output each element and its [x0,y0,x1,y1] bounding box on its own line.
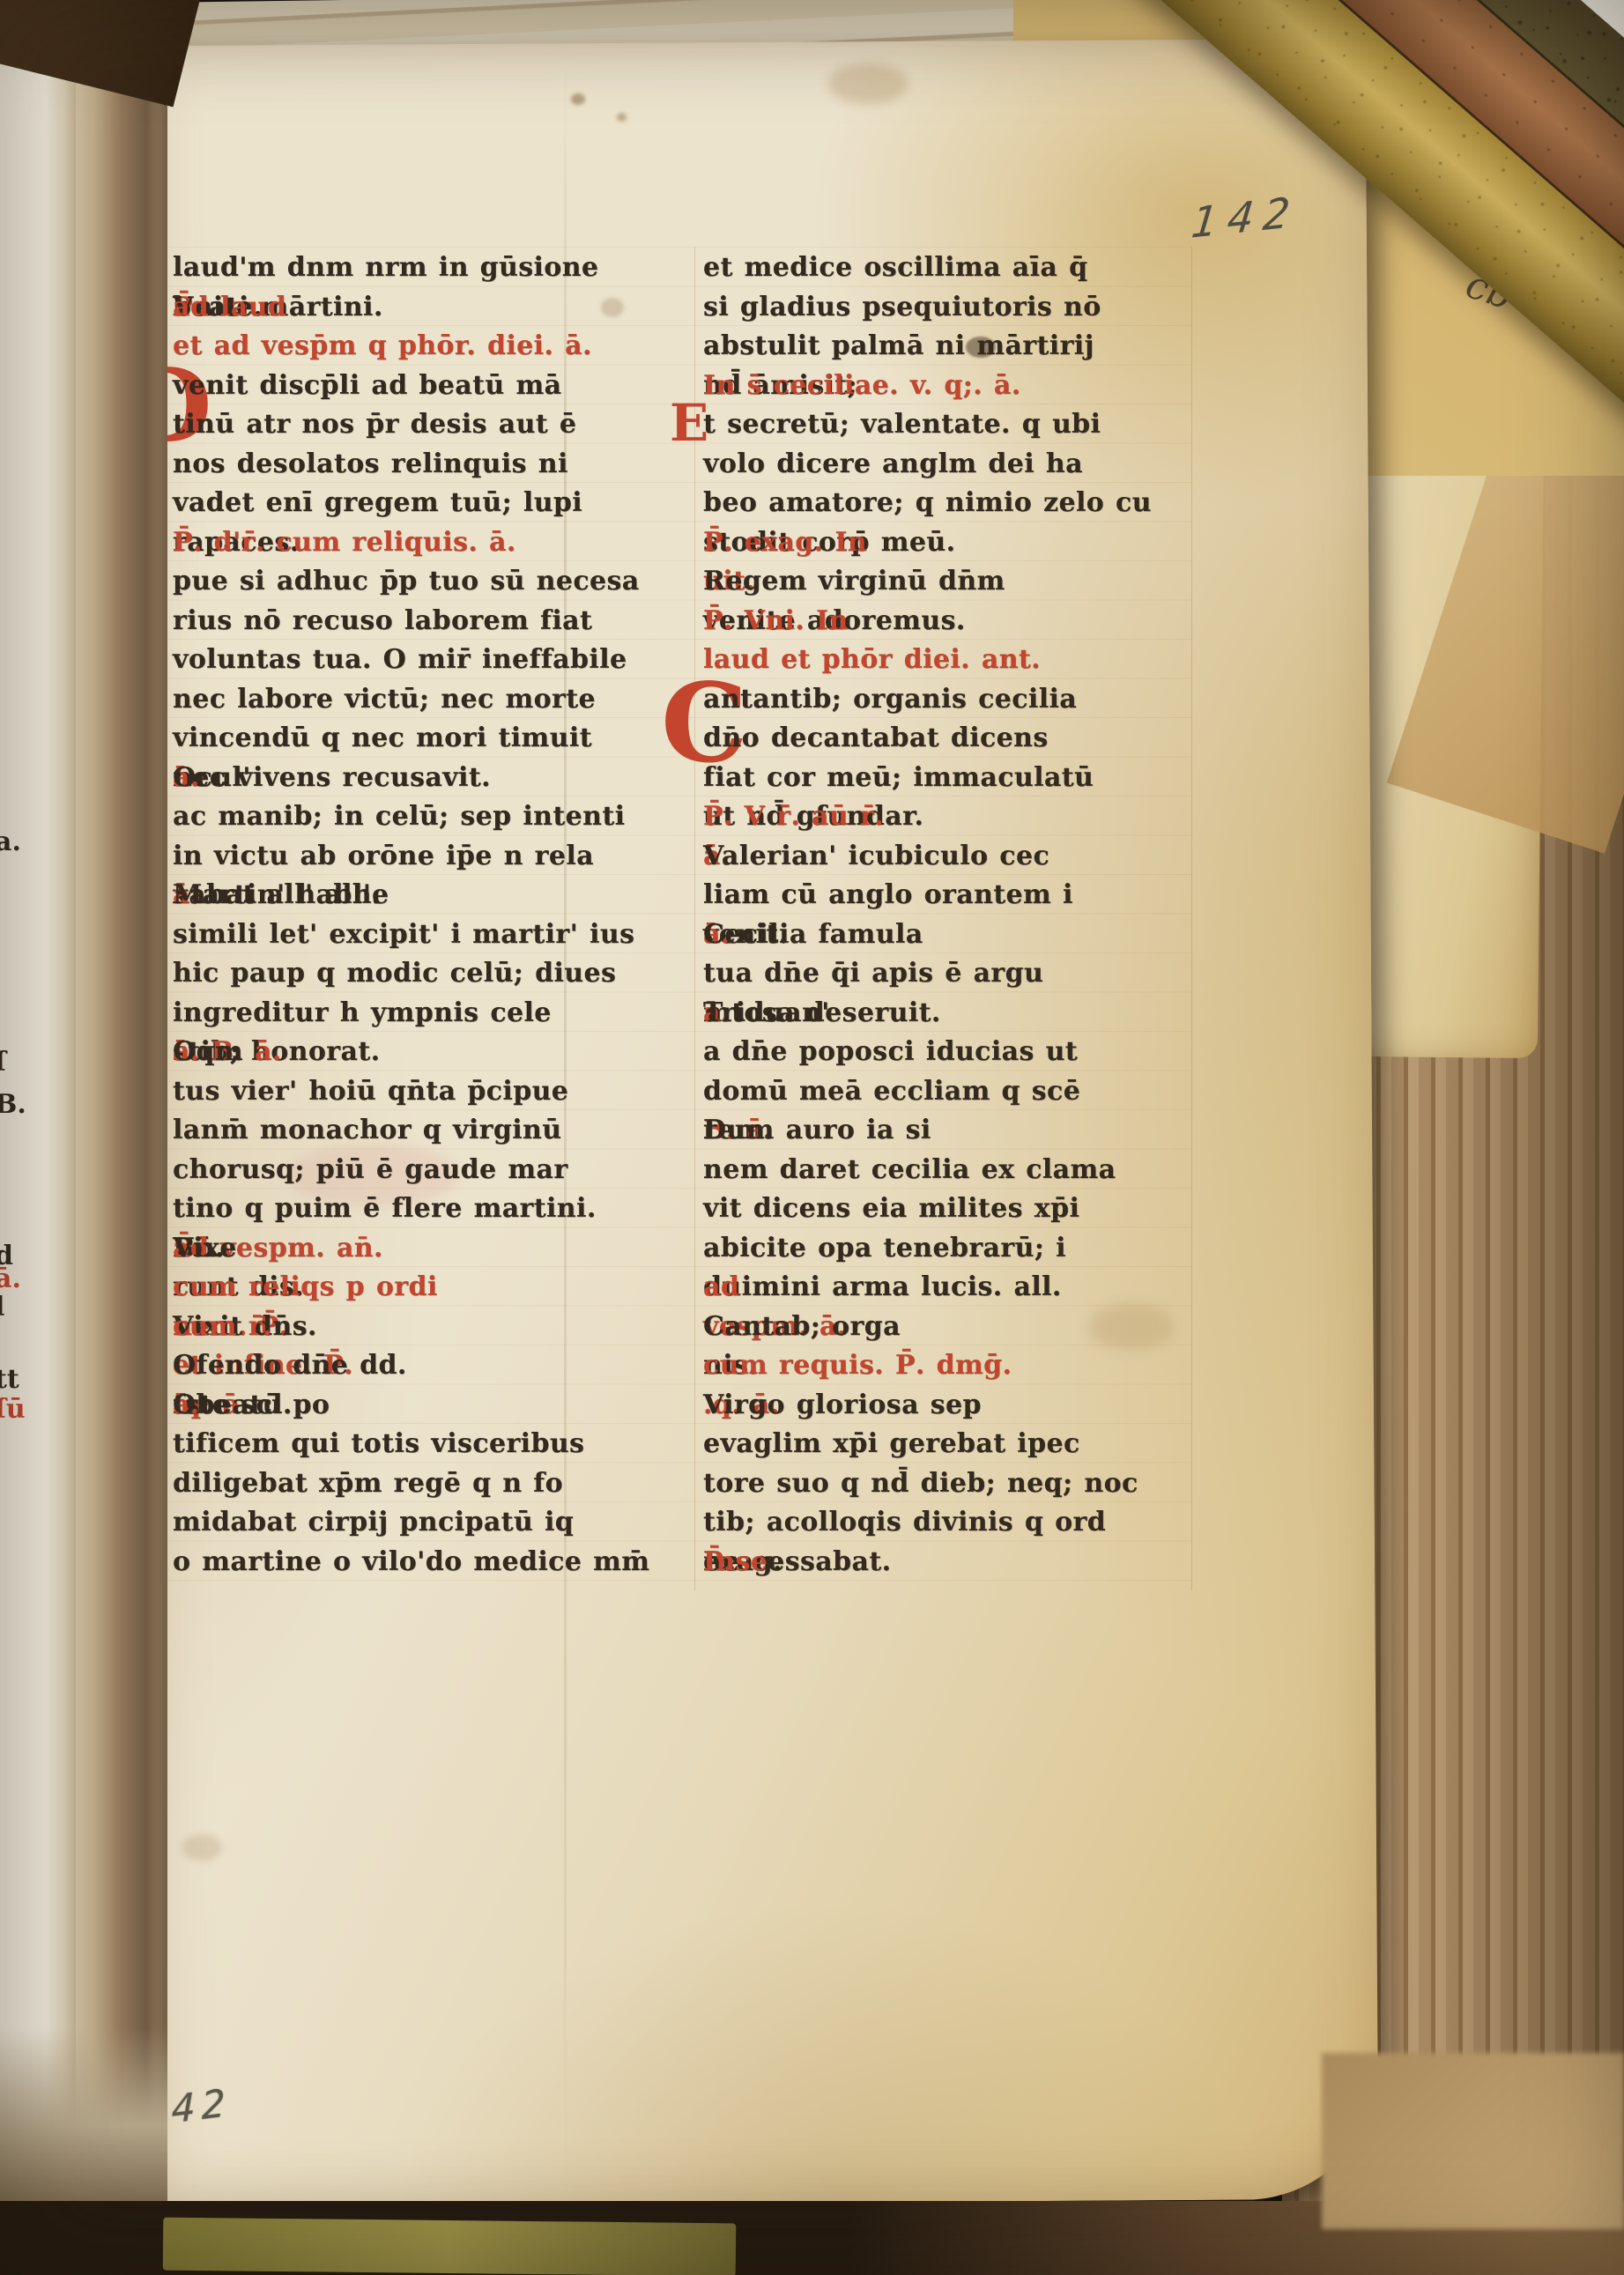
manuscript-line: tinū atr nos p̄r desis aut ē [173,405,693,445]
manuscript-line: venit. ā. Cecilia famula [703,915,1193,955]
manuscript-line: abicite opa tenebrarū; i [703,1229,1193,1269]
text-column-left: laud'm dnm nrm in gūsionebeati mārtini. … [173,248,693,1582]
body-text: Vixe [173,1229,237,1269]
body-text: tinū atr nos p̄r desis aut ē [173,405,576,445]
body-text: duimini arma lucis. all. [703,1268,1062,1308]
rubric-text: laud et phōr diei. ant. [703,641,1041,680]
margin-text-fragment: ſū [0,1394,26,1425]
rubric-text: ad [703,1268,739,1308]
manuscript-line: o martine o vilo'do medice mm̄ [173,1543,693,1582]
manuscript-line: lanm̄ monachor q virginū [173,1111,693,1151]
text-column-right: et medice oscillima aīa q̄si gladius pse… [703,248,1193,1582]
manuscript-line: fiat cor meū; immaculatū [703,759,1193,798]
manuscript-line: domū meā eccliam q scē [703,1072,1193,1112]
body-text: laud'm dnm nrm in gūsione [173,248,598,288]
manuscript-line: in victu ab orōne ip̄e n rela [173,837,693,877]
body-text: tus vier' hoiū qn̄ta p̄cipue [173,1072,568,1112]
body-text: nem daret cecilia ex clama [703,1151,1116,1190]
body-text: venit discp̄li ad beatū mā [173,367,561,406]
manuscript-line: voluntas tua. O mir̄ ineffabile [173,641,693,680]
manuscript-line: nem. P̄. Vixit dn̄s. cum r̄. [173,1308,693,1347]
rubric-text: et ad vesp̄m q phōr. diei. ā. [173,327,592,367]
manuscript-line: tua dn̄e q̄i apis ē argu [703,954,1193,994]
body-text: evaglim xp̄i gerebat ipec [703,1425,1080,1464]
margin-text-fragment: tt [0,1364,19,1395]
manuscript-line: pue si adhuc p̄p tuo sū necesa [173,562,693,602]
manuscript-line: nd̄ āmisit; In s̄ ceciliae. v. q;. ā. [703,367,1193,406]
manuscript-line: ut nd̄ gfundar. P̄. V r̄. aū r̄. [703,797,1193,837]
body-text: dn̄o decantabat dicens [703,719,1049,759]
manuscript-line: .q. ā. Virgo gloriosa sep [703,1386,1193,1426]
manuscript-line: duimini arma lucis. all. ad [703,1268,1193,1308]
manuscript-line: venite adoremus. P̄. Vni. In [703,602,1193,641]
facing-page-sliver: a.ſB.dā.lttſū [0,0,76,2275]
body-text: Cecilia famula [703,915,923,955]
manuscript-line: diligebat xp̄m regē q n fo [173,1464,693,1504]
under-book-edge [163,2218,737,2275]
manuscript-line: Cantantib; organis cecilia [703,680,1193,720]
body-text: Triduan' [703,994,830,1034]
body-text: chorusq; piū ē gaude mar [173,1151,568,1190]
manuscript-line: tus vier' hoiū qn̄ta p̄cipue [173,1072,693,1112]
manuscript-line: et infine. P̄. Ofendo dn̄e dd. [173,1346,693,1386]
body-text: midabat cirpij pncipatū iq [173,1503,574,1543]
body-text: tino q puim ē flere martini. [173,1189,597,1229]
body-text: Regem virginū dn̄m [703,562,1005,602]
body-text: si gladius psequiutoris nō [703,288,1101,328]
body-text: vincendū q nec mori timuit [173,719,592,759]
stain-blotch [182,1834,222,1861]
manuscript-line: midabat cirpij pncipatū iq [173,1503,693,1543]
manuscript-line: stib; honorat. ā. B. ā. Oqm [173,1033,693,1072]
rubric-text: Inse [703,1543,768,1582]
rubric-text: cum r̄. [173,1308,272,1347]
margin-text-fragment: a. [0,826,21,857]
manuscript-line: nec vivens recusavit. ā. Ocul' [173,759,693,798]
manuscript-line: chorusq; piū ē gaude mar [173,1151,693,1190]
manuscript-line: laud et phōr diei. ant. [703,641,1193,680]
manuscript-line: et medice oscillima aīa q̄ [703,248,1193,288]
manuscript-line: ingreditur h ympnis cele [173,994,693,1034]
manuscript-line: vadet enī gregem tuū; lupi [173,484,693,523]
rubric-text: cum requis. P̄. dmḡ. [703,1346,1012,1386]
manuscript-line: si gladius psequiutoris nō [703,288,1193,328]
manuscript-line: nec labore victū; nec morte [173,680,693,720]
body-text: fiat cor meū; immaculatū [703,759,1094,798]
manuscript-line: et ad vesp̄m q phōr. diei. ā. [173,327,693,367]
foxing-spot [617,113,627,122]
manuscript-line: hic paup q modic celū; diues [173,954,693,994]
manuscript-line: a dn̄e poposci iducias ut [703,1033,1193,1072]
body-text: tificem qui totis visceribus [173,1425,584,1464]
body-text: voluntas tua. O mir̄ ineffabile [173,641,627,680]
body-text: beo amatore; q nimio zelo cu [703,484,1152,523]
rubric-text: P̄. Vni. In [703,602,849,641]
manuscript-line: vit dicens eia milites xp̄i [703,1189,1193,1229]
manuscript-line: simili let' excipit' i martir' ius [173,915,693,955]
body-text: Cantab; orga [703,1308,901,1347]
body-text: ac manib; in celū; sep intenti [173,797,625,837]
manuscript-line: tino q puim ē flere martini. [173,1189,693,1229]
manuscript-line: tore suo q nd̄ dieb; neq; noc [703,1464,1193,1504]
margin-text-fragment: B. [0,1089,26,1120]
body-text: nec labore victū; nec morte [173,680,596,720]
body-text: t secretū; valentate. q ubi [703,405,1101,445]
body-text: tib; acolloqis divinis q ord [703,1503,1106,1543]
rubric-text: P̄. exag. In [703,523,867,563]
body-text: diligebat xp̄m regē q n fo [173,1464,563,1504]
manuscript-line: vespm. ā. Cantab; orga [703,1308,1193,1347]
body-text: vit dicens eia milites xp̄i [703,1189,1079,1229]
body-text: abicite opa tenebrarū; i [703,1229,1066,1269]
page-curl-bottom-right [1322,2053,1624,2229]
manuscript-line: beo amatore; q nimio zelo cu [703,484,1193,523]
body-text: antantib; organis cecilia [703,680,1077,720]
rubric-text: ad laud [173,288,286,328]
body-text: domū meā eccliam q scē [703,1072,1080,1112]
body-text: rius nō recuso laborem fiat [173,602,592,641]
body-text: vadet enī gregem tuū; lupi [173,484,582,523]
manuscript-line: stodit corp̄ meū. P̄. exag. In [703,523,1193,563]
manuscript-line: abstulit palmā ni mārtirij [703,327,1193,367]
body-text: nos desolatos relinquis ni [173,445,568,485]
body-text: Ofendo dn̄e dd. [173,1346,407,1386]
body-text: Obeatū po [173,1386,330,1426]
manuscript-line: dn̄o decantabat dicens [703,719,1193,759]
manuscript-line: rius nō recuso laborem fiat [173,602,693,641]
manuscript-line: evaglim xp̄i gerebat ipec [703,1425,1193,1464]
rubric-text: In s̄ ceciliae. v. q;. ā. [703,367,1021,406]
manuscript-line: volo dicere anglm dei ha [703,445,1193,485]
body-text: Martin' habhe [173,876,389,915]
body-text: liam cū anglo orantem i [703,876,1073,915]
body-text: Ocul' [173,759,251,798]
body-text: abstulit palmā ni mārtirij [703,327,1094,367]
manuscript-line: ac manib; in celū; sep intenti [173,797,693,837]
stain-blotch [828,63,908,104]
body-text: tua dn̄e q̄i apis ē argu [703,954,1043,994]
body-text: ingreditur h ympnis cele [173,994,552,1034]
manuscript-line: ne cessabat. P̄. exag. Inse [703,1543,1193,1582]
manuscript-line: rem. B. ā. Dum auro ia si [703,1111,1193,1151]
manuscript-line: nis. cum requis. P̄. dmḡ. [703,1346,1193,1386]
book-gutter [62,0,167,2275]
rubric-text: P̄. d'r̄. cum reliquis. ā. [173,523,516,563]
manuscript-line: xabat all' all'. ā. Martin' habhe [173,876,693,915]
manuscript-line: nos desolatos relinquis ni [173,445,693,485]
body-text: Virgo gloriosa sep [703,1386,982,1426]
manuscript-line: liam cū anglo orantem i [703,876,1193,915]
manuscript-line: vincendū q nec mori timuit [173,719,693,759]
manuscript-line: rapaces. P̄. d'r̄. cum reliquis. ā. [173,523,693,563]
manuscript-line: P̄. Bn̄. ad vespm. an̄. Vixe [173,1229,693,1269]
manuscript-line: beati mārtini. P̄. Vnite. ad laud [173,288,693,328]
manuscript-line: laud'm dnm nrm in gūsione [173,248,693,288]
body-text: o martine o vilo'do medice mm̄ [173,1543,649,1582]
manuscript-line: Et secretū; valentate. q ubi [703,405,1193,445]
rubric-text: P̄. V r̄. aū r̄. [703,797,884,837]
body-text: Dum auro ia si [703,1111,931,1151]
body-text: simili let' excipit' i martir' ius [173,915,634,955]
body-text: hic paup q modic celū; diues [173,954,616,994]
body-text: Oqm [173,1033,243,1072]
margin-text-fragment: ſ [0,1047,6,1078]
manuscript-line: nem daret cecilia ex clama [703,1151,1193,1190]
manuscript-line: tib; acolloqis divinis q ord [703,1503,1193,1543]
body-text: volo dicere anglm dei ha [703,445,1083,485]
body-text: et medice oscillima aīa q̄ [703,248,1087,288]
body-text: tore suo q nd̄ dieb; neq; noc [703,1464,1138,1504]
manuscript-line: tificem qui totis visceribus [173,1425,693,1464]
body-text: lanm̄ monachor q virginū [173,1111,561,1151]
manuscript-line: ā. Valerian' icubiculo cec [703,837,1193,877]
margin-text-fragment: ā. [0,1263,21,1294]
body-text: a dn̄e poposci iducias ut [703,1033,1078,1072]
manuscript-line: runt dis. cum reliqs p ordi [173,1268,693,1308]
manuscript-line: .q: ā. fste scl. ā. Obeatū po [173,1386,693,1426]
body-text: pue si adhuc p̄p tuo sū necesa [173,562,640,602]
rubric-text: cum reliqs p ordi [173,1268,438,1308]
manuscript-line: Dvenit discp̄li ad beatū mā [173,367,693,406]
body-text: in victu ab orōne ip̄e n rela [173,837,594,877]
manuscript-line: mtosa deseruit. ā. Triduan' [703,994,1193,1034]
foxing-spot [571,93,585,105]
margin-text-fragment: l [0,1292,4,1323]
manuscript-line: uit. Regem virginū dn̄m [703,562,1193,602]
manuscript-photo: laud'm dnm nrm in gūsionebeati mārtini. … [0,0,1624,2275]
body-text: Valerian' icubiculo cec [703,837,1049,877]
